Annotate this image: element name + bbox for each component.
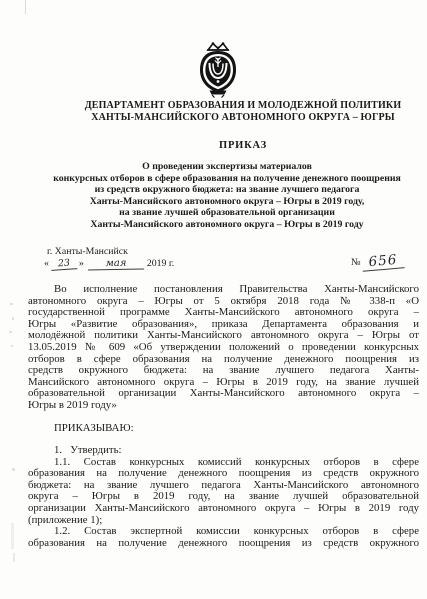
text-line: отборов в сфере образования на получение… [28, 354, 419, 366]
text-line: средств окружного бюджета: на звание луч… [28, 365, 419, 377]
scan-artifact [12, 468, 15, 471]
document-type-label: ПРИКАЗ [80, 140, 406, 151]
scan-artifact [10, 303, 13, 305]
department-name-line1: ДЕПАРТАМЕНТ ОБРАЗОВАНИЯ И МОЛОДЕЖНОЙ ПОЛ… [80, 100, 406, 112]
scan-artifact [11, 345, 13, 347]
handwritten-month: мая [88, 258, 144, 271]
scan-artifact [12, 317, 14, 320]
text-line: организации Ханты-Мансийского автономног… [28, 503, 419, 515]
text-line: Мансийского автономного округа – Югры в … [28, 377, 419, 389]
text-line: образовательной организации Ханты-Мансий… [28, 388, 419, 400]
order-item-1-1: 1.1. Состав конкурсных комиссий конкурсн… [28, 457, 419, 527]
handwritten-day: 23 [51, 257, 78, 271]
scan-artifact [13, 553, 15, 562]
scanned-order-document: ДЕПАРТАМЕНТ ОБРАЗОВАНИЯ И МОЛОДЕЖНОЙ ПОЛ… [0, 0, 427, 599]
number-sign: № [351, 257, 361, 268]
text-line: молодёжной политики Ханты-Мансийского ав… [28, 330, 419, 342]
order-item-1-2: 1.2. Состав экспертной комиссии конкурсн… [28, 526, 419, 549]
place-line: г. Ханты-Мансийск [47, 246, 128, 257]
order-word: ПРИКАЗЫВАЮ: [28, 423, 419, 435]
scan-artifact [25, 0, 26, 14]
order-title: О проведении экспертизы материаловконкур… [38, 161, 416, 230]
scan-artifact [9, 331, 12, 333]
year-label: 2019 г. [147, 258, 174, 269]
text-line: автономного округа – Югры от 5 октября 2… [28, 296, 419, 308]
text-line: Ханты-Мансийского автономного округа – Ю… [38, 219, 416, 231]
text-line: образования на получение денежного поощр… [28, 468, 419, 480]
scan-artifact [11, 523, 14, 549]
order-item-1: 1. Утвердить: [28, 445, 419, 457]
text-line: ПРИКАЗЫВАЮ: [28, 423, 419, 435]
coat-of-arms-icon [189, 40, 247, 98]
text-line: Югры в 2019 году» [28, 400, 419, 412]
text-line: 1. Утвердить: [28, 445, 419, 457]
text-line: 13.05.2019 № 609 «Об утверждении положен… [28, 342, 419, 354]
department-name-line2: ХАНТЫ-МАНСИЙСКОГО АВТОНОМНОГО ОКРУГА – Ю… [80, 112, 406, 124]
text-line: Югры «Развитие образования», приказа Деп… [28, 319, 419, 331]
text-line: образования на получение денежного поощр… [28, 538, 419, 550]
text-line: государственной программе Ханты-Мансийск… [28, 307, 419, 319]
text-line: (приложение 1); [28, 515, 419, 527]
text-line: 1.2. Состав экспертной комиссии конкурсн… [28, 526, 419, 538]
preamble-paragraph: Во исполнение постановления Правительств… [28, 284, 419, 412]
text-line: Ханты-Мансийского автономного округа – Ю… [38, 196, 416, 208]
quote-open: « [44, 258, 49, 269]
date-line: «23»мая2019 г. [44, 258, 174, 270]
handwritten-number: 656 [361, 251, 404, 272]
text-line: на звание лучшей образовательной организ… [38, 207, 416, 219]
text-line: О проведении экспертизы материалов [38, 161, 416, 173]
department-name: ДЕПАРТАМЕНТ ОБРАЗОВАНИЯ И МОЛОДЕЖНОЙ ПОЛ… [80, 100, 406, 123]
text-line: округа – Югры в 2019 году, на звание луч… [28, 491, 419, 503]
text-line: бюджета: на звание лучшего педагога Хант… [28, 480, 419, 492]
text-line: 1.1. Состав конкурсных комиссий конкурсн… [28, 457, 419, 469]
document-number: №656 [351, 253, 404, 270]
quote-close: » [79, 258, 84, 269]
order-items: 1. Утвердить: 1.1. Состав конкурсных ком… [28, 445, 419, 549]
text-line: Во исполнение постановления Правительств… [28, 284, 419, 296]
text-line: конкурсных отборов в сфере образования н… [38, 173, 416, 185]
text-line: из средств окружного бюджета: на звание … [38, 184, 416, 196]
